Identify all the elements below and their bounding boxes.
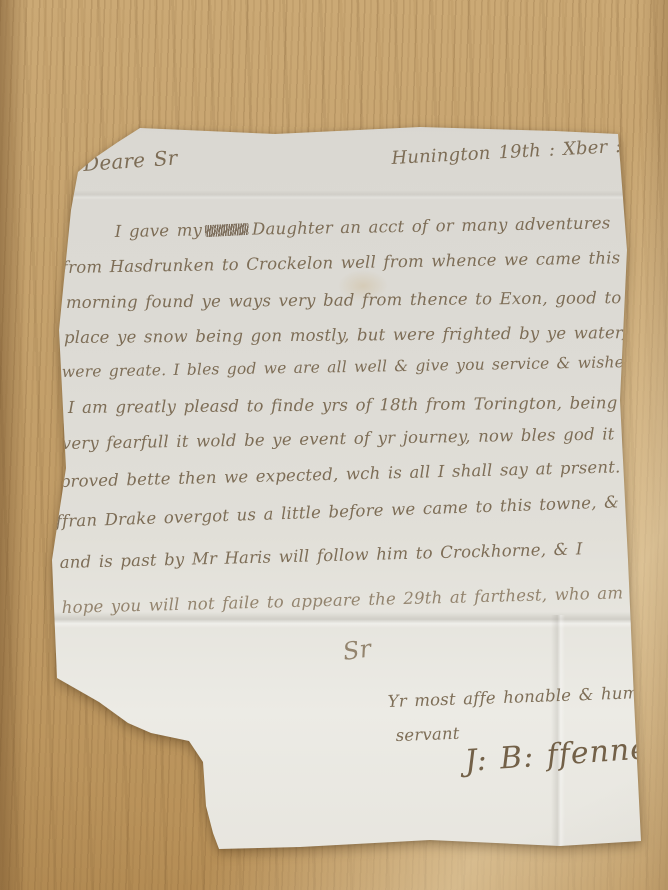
fold-crease-vertical — [551, 615, 565, 852]
letter-line-1-suffix: Daughter an acct of or many adventures — [252, 213, 611, 238]
letter-signature: J: B: ffennesʒ — [464, 729, 668, 779]
paper-shadow: Hunington 19th : Xber : 98 Deare Sr I ga… — [0, 0, 668, 890]
letter-line-4: place ye snow being gon mostly, but were… — [64, 323, 651, 347]
letter-line-7: very fearfull it wold be ye event of yr … — [62, 424, 615, 453]
letter-line-6: I am greatly pleasd to finde yrs of 18th… — [68, 393, 618, 417]
letter-paper: Hunington 19th : Xber : 98 Deare Sr I ga… — [0, 0, 668, 890]
letter-line-3: morning found ye ways very bad from then… — [66, 288, 661, 312]
fold-crease-top — [60, 190, 638, 200]
letter-line-1-prefix: I gave my — [115, 220, 203, 241]
letter-sub-closing: Sr — [341, 634, 373, 666]
letter-closing-line-2: servant — [395, 724, 460, 745]
letter-line-2: from Hasdrunken to Crockelon well from w… — [62, 248, 621, 277]
letter-line-10: and is past by Mr Haris will follow him … — [60, 539, 583, 572]
letter-place-date: Hunington 19th : Xber : 98 — [391, 134, 653, 169]
letter-line-1: I gave myDaughter an acct of or many adv… — [115, 213, 611, 241]
letter-line-5: were greate. I bles god we are all well … — [62, 352, 668, 381]
scribbled-out-word — [205, 223, 250, 237]
letter-closing-line-1: Yr most affe honable & humble — [387, 682, 665, 711]
letter-line-9: ffran Drake overgot us a little before w… — [55, 492, 619, 531]
photo-of-handwritten-letter: Hunington 19th : Xber : 98 Deare Sr I ga… — [0, 0, 668, 890]
letter-salutation: Deare Sr — [82, 145, 178, 176]
signature-text: J: B: ffennes — [464, 730, 667, 779]
letter-line-8: proved bette then we expected, wch is al… — [60, 457, 648, 491]
